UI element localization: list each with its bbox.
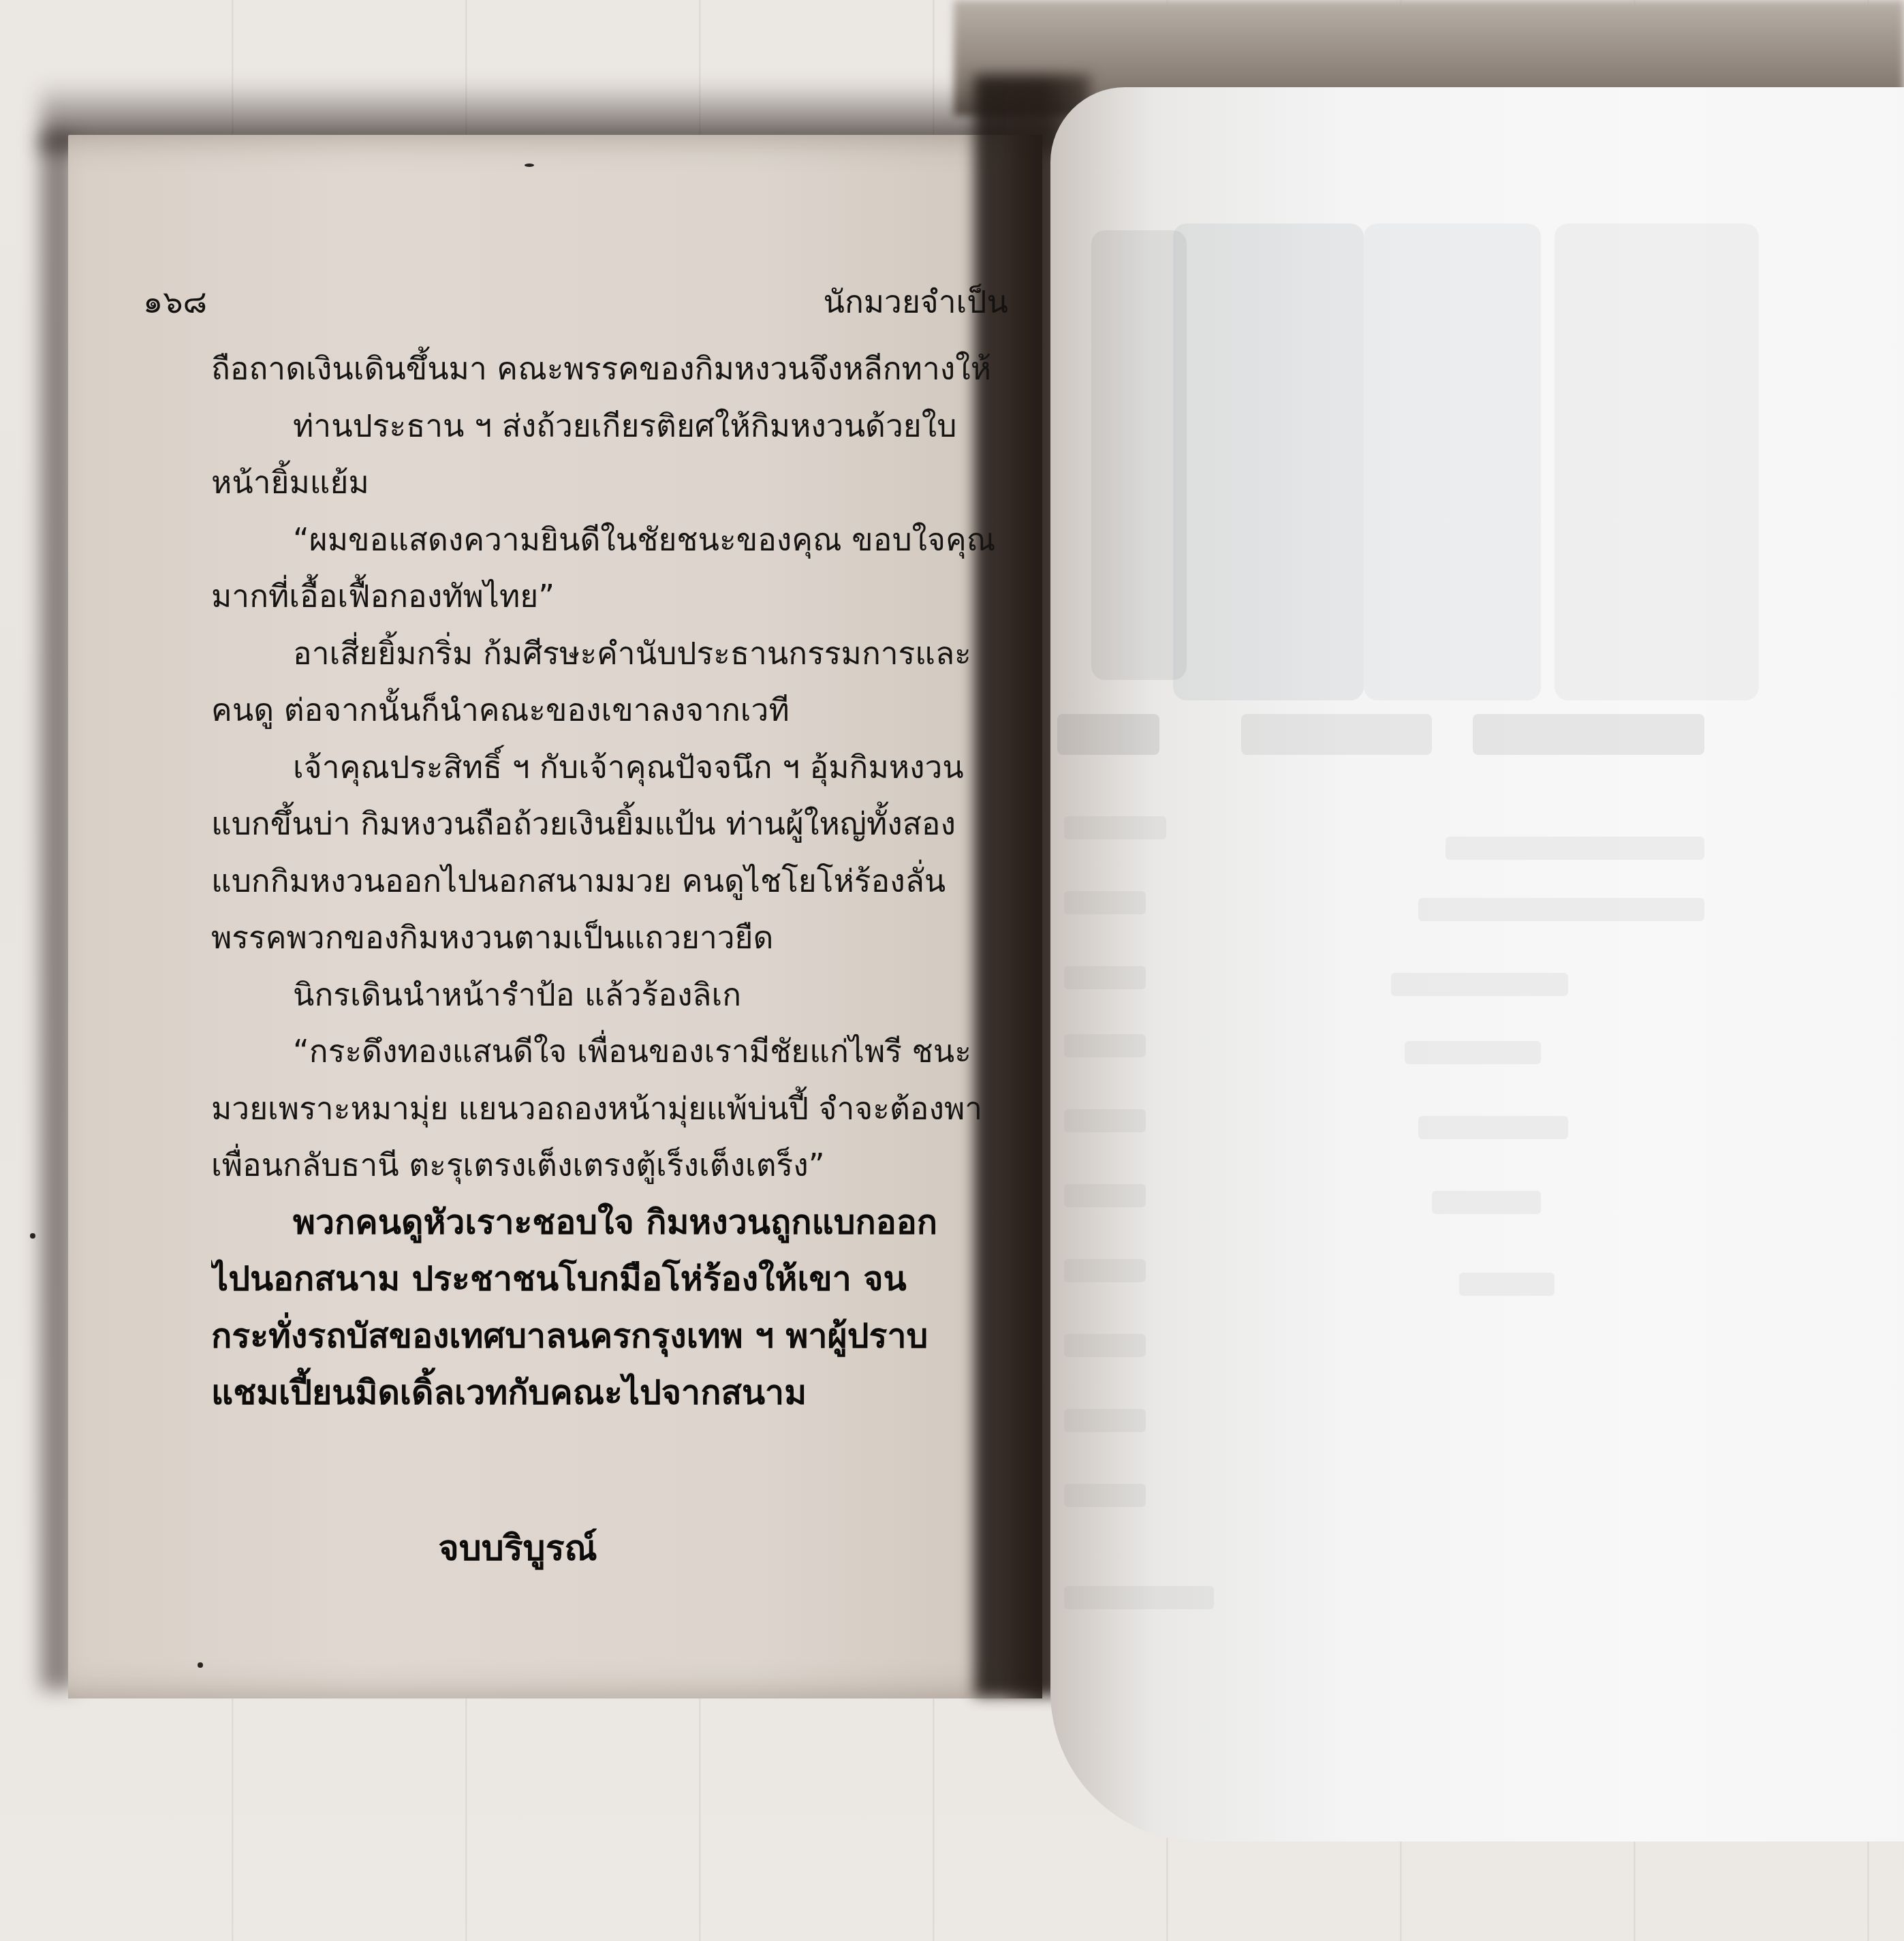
bleed-text-line: [1064, 966, 1146, 989]
bleed-text-line: [1418, 1116, 1568, 1139]
text-line: เจ้าคุณประสิทธิ์ ฯ กับเจ้าคุณปัจจนึก ฯ อ…: [211, 739, 1008, 796]
text-line: คนดู ต่อจากนั้นก็นำคณะของเขาลงจากเวที: [211, 682, 1008, 739]
bleed-illustration: [1364, 223, 1541, 700]
text-line: พรรคพวกของกิมหงวนตามเป็นแถวยาวยืด: [211, 910, 1008, 967]
bleed-text-line: [1418, 898, 1704, 921]
bleed-text-line: [1432, 1191, 1541, 1214]
bleed-text-line: [1064, 1184, 1146, 1207]
text-line: พวกคนดูหัวเราะชอบใจ กิมหงวนถูกแบกออก: [211, 1194, 1008, 1252]
text-line: ไปนอกสนาม ประชาชนโบกมือโห่ร้องให้เขา จน: [211, 1251, 1008, 1308]
text-line: “ผมขอแสดงความยินดีในชัยชนะของคุณ ขอบใจคุ…: [211, 512, 1008, 569]
bleed-illustration: [1555, 223, 1759, 700]
text-line: เพื่อนกลับธานี ตะรุเตรงเต็งเตรงตู้เร็งเต…: [211, 1137, 1008, 1194]
ending-mark: จบบริบูรณ์: [211, 1519, 824, 1576]
bleed-text-line: [1391, 973, 1568, 996]
right-page: [1050, 87, 1904, 1842]
bleed-heading: [1057, 714, 1159, 755]
bleed-text-line: [1064, 1109, 1146, 1132]
text-line: แชมเปี้ยนมิดเดิ้ลเวทกับคณะไปจากสนาม: [211, 1365, 1008, 1422]
page-number: ๑๖๘: [143, 277, 207, 327]
text-line: หน้ายิ้มแย้ม: [211, 454, 1008, 512]
text-line: “กระดึงทองแสนดีใจ เพื่อนของเรามีชัยแก่ไพ…: [211, 1023, 1008, 1081]
text-line: แบกกิมหงวนออกไปนอกสนามมวย คนดูไชโยโห่ร้อ…: [211, 853, 1008, 910]
body-text: ถือถาดเงินเดินขึ้นมา คณะพรรคของกิมหงวนจึ…: [211, 341, 1008, 1422]
bleed-text-line: [1405, 1041, 1541, 1064]
bleed-heading: [1241, 714, 1432, 755]
running-title: นักมวยจำเป็น: [823, 277, 1008, 327]
bleed-text-line: [1064, 1034, 1146, 1057]
paper-speck: [198, 1662, 203, 1668]
paper-speck: [30, 1233, 35, 1239]
paper-speck: [525, 164, 534, 167]
bleed-illustration: [1091, 230, 1187, 680]
bleed-text-line: [1064, 1334, 1146, 1357]
bleed-text-line: [1064, 1409, 1146, 1432]
bleed-text-line: [1064, 891, 1146, 914]
bleed-text-line: [1446, 837, 1704, 860]
text-line: ถือถาดเงินเดินขึ้นมา คณะพรรคของกิมหงวนจึ…: [211, 341, 1008, 398]
bleed-text-line: [1459, 1273, 1555, 1296]
text-line: นิกรเดินนำหน้ารำป้อ แล้วร้องลิเก: [211, 967, 1008, 1024]
text-line: ท่านประธาน ฯ ส่งถ้วยเกียรติยศให้กิมหงวนด…: [211, 398, 1008, 455]
bleed-text-line: [1064, 816, 1166, 839]
bleed-text-line: [1064, 1484, 1146, 1507]
text-line: มวยเพราะหมามุ่ย แยนวอถองหน้ามุ่ยแพ้บ่นปี…: [211, 1081, 1008, 1138]
bleed-illustration: [1173, 223, 1364, 700]
text-line: กระทั่งรถบัสของเทศบาลนครกรุงเทพ ฯ พาผู้ป…: [211, 1308, 1008, 1365]
text-line: มากที่เอื้อเฟื้อกองทัพไทย”: [211, 568, 1008, 625]
running-head: ๑๖๘ นักมวยจำเป็น: [143, 273, 1008, 327]
text-line: อาเสี่ยยิ้มกริ่ม ก้มศีรษะคำนับประธานกรรม…: [211, 625, 1008, 683]
bleed-text-line: [1064, 1259, 1146, 1282]
bleed-text-line: [1064, 1586, 1214, 1609]
bleed-heading: [1473, 714, 1704, 755]
text-line: แบกขึ้นบ่า กิมหงวนถือถ้วยเงินยิ้มแป้น ท่…: [211, 796, 1008, 853]
